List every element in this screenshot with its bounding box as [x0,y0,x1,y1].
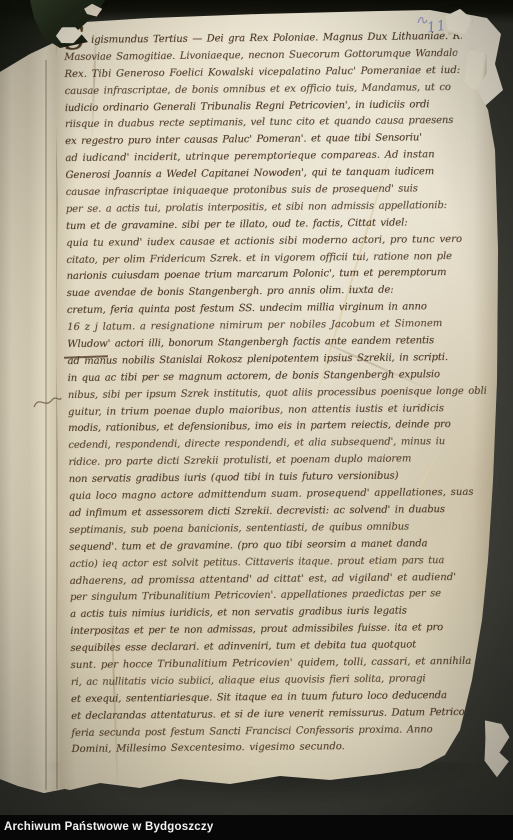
folio-number: 11 [426,18,448,37]
manuscript-line: Domini, Millesimo Sexcentesimo. vigesimo… [71,738,505,759]
margin-flourish-mark [32,392,62,412]
archive-caption-bar: Archiwum Państwowe w Bydgoszczy [0,815,513,840]
archival-scan-photo: S igismundus Tertius — Dei gra Rex Polon… [0,0,513,840]
archive-caption-text: Archiwum Państwowe w Bydgoszczy [4,815,213,840]
manuscript-text: igismundus Tertius — Dei gra Rex Polonia… [64,28,506,759]
page-edge-crease [45,60,47,790]
manuscript-page: S igismundus Tertius — Dei gra Rex Polon… [54,8,500,792]
